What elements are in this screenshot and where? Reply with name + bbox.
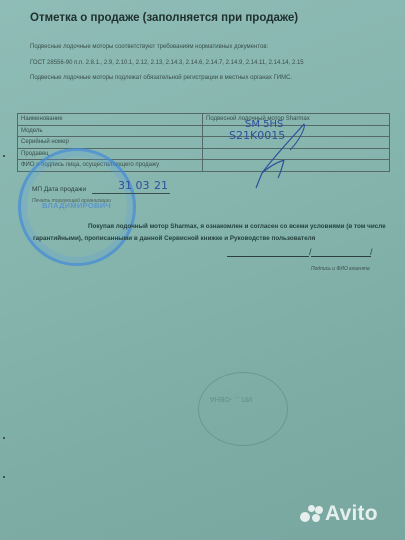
paper-mark: [3, 476, 5, 478]
row-label-serial: Серийный номер: [18, 137, 203, 149]
seal-note: Печать торгующей организации: [32, 198, 111, 204]
paper-mark: [3, 155, 5, 157]
client-name-line: [311, 256, 371, 257]
paper-mark: [3, 437, 5, 439]
row-label-name: Наименование: [18, 114, 203, 126]
agreement-text-line-2: гарантийными), прописанными в данной Сер…: [33, 235, 315, 242]
sale-date-label: МП Дата продажи: [32, 186, 86, 193]
faded-stamp-imprint: [198, 372, 288, 446]
avito-wordmark: Avito: [325, 502, 378, 526]
section-title: Отметка о продаже (заполняется при прода…: [30, 12, 298, 24]
client-signature-line: [227, 256, 309, 257]
table-row: Серийный номер: [18, 137, 390, 149]
gost-reference: ГОСТ 28556-90 п.п. 2.8.1., 2.9, 2.10.1, …: [30, 60, 304, 66]
handwritten-sale-year: 21: [154, 179, 168, 192]
agreement-text-line-1: Покупая лодочный мотор Sharmax, я ознако…: [88, 223, 386, 230]
row-label-model: Модель: [18, 125, 203, 137]
seller-signature: [232, 118, 322, 193]
table-row: Наименование Подвесной лодочный мотор Sh…: [18, 114, 390, 126]
signature-end-slash: /: [370, 247, 373, 257]
registration-note: Подвесные лодочные моторы подлежат обяза…: [30, 75, 292, 81]
avito-logo-icon: [300, 505, 322, 523]
client-signature-caption: Подпись и ФИО клиента: [311, 266, 370, 272]
sale-date-underline: [92, 193, 170, 194]
document-page: Отметка о продаже (заполняется при прода…: [0, 0, 405, 540]
handwritten-sale-date: 31 03: [118, 179, 150, 192]
compliance-text: Подвесные лодочные моторы соответствуют …: [30, 44, 268, 50]
faded-stamp-text: ИП ... -ОВНА: [210, 395, 252, 402]
table-row: Модель: [18, 125, 390, 137]
avito-watermark: Avito: [300, 502, 378, 526]
